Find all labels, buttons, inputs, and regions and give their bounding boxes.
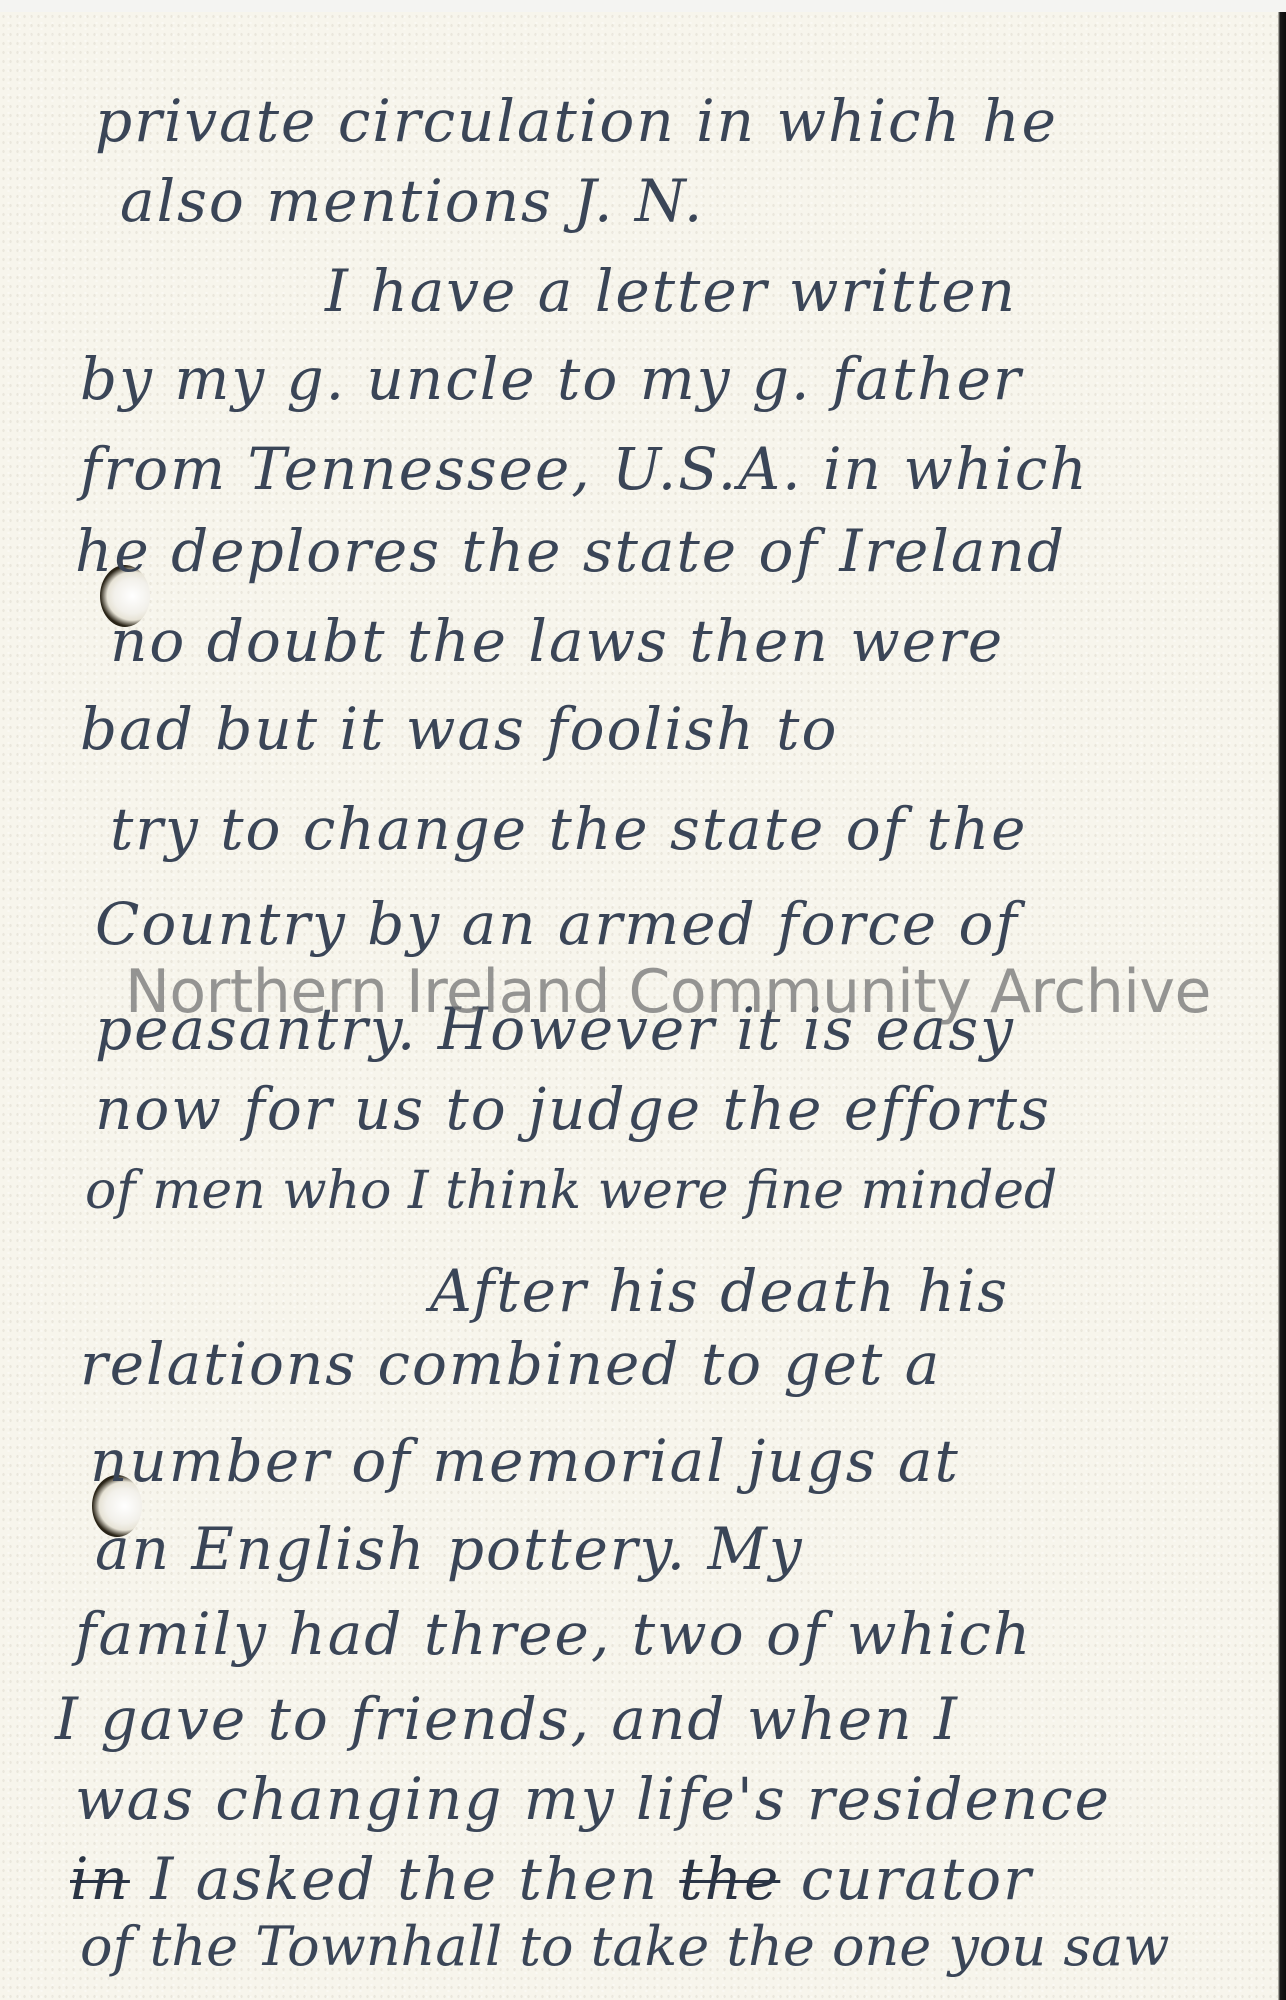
letter-line-1: private circulation in which he xyxy=(95,92,1058,150)
letter-line-4: by my g. uncle to my g. father xyxy=(80,350,1023,408)
letter-line-10: Country by an armed force of xyxy=(95,895,1019,953)
letter-line-15: relations combined to get a xyxy=(80,1335,941,1393)
letter-line-12: now for us to judge the efforts xyxy=(95,1080,1051,1138)
line-segment: I asked the then xyxy=(150,1845,659,1913)
letter-line-21: in I asked the then the curator xyxy=(70,1850,1033,1908)
struck-word: the xyxy=(679,1845,780,1913)
letter-line-18: family had three, two of which xyxy=(75,1605,1032,1663)
letter-line-2: also mentions J. N. xyxy=(120,172,704,230)
letter-line-22: of the Townhall to take the one you saw xyxy=(80,1920,1170,1974)
line-segment: curator xyxy=(801,1845,1033,1913)
letter-line-6: he deplores the state of Ireland xyxy=(75,522,1066,580)
letter-line-14: After his death his xyxy=(430,1262,1009,1320)
letter-line-3: I have a letter written xyxy=(325,262,1017,320)
letter-line-20: was changing my life's residence xyxy=(75,1770,1111,1828)
scan-right-edge xyxy=(1278,12,1286,2000)
letter-line-17: an English pottery. My xyxy=(95,1520,804,1578)
letter-line-9: try to change the state of the xyxy=(110,800,1028,858)
letter-line-16: number of memorial jugs at xyxy=(90,1432,960,1490)
letter-line-5: from Tennessee, U.S.A. in which xyxy=(80,440,1089,498)
archive-watermark: Northern Ireland Community Archive xyxy=(125,962,1211,1022)
letter-line-7: no doubt the laws then were xyxy=(110,612,1004,670)
letter-line-19: I gave to friends, and when I xyxy=(55,1690,959,1748)
letter-line-13: of men who I think were fine minded xyxy=(85,1165,1057,1217)
struck-word: in xyxy=(70,1845,130,1913)
letter-line-8: bad but it was foolish to xyxy=(80,700,838,758)
